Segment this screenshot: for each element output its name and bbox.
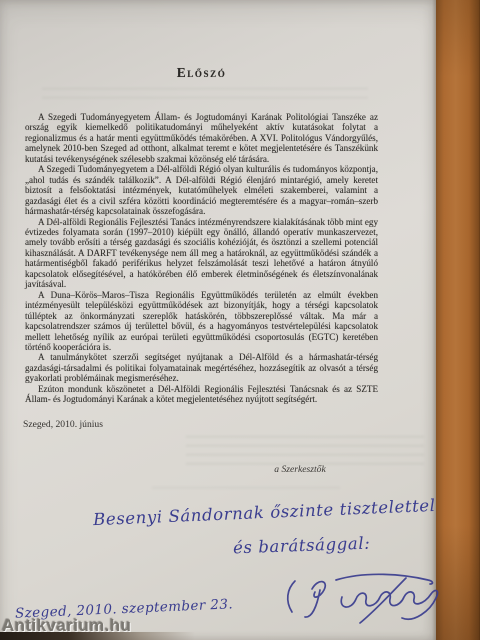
preface-paragraph: A tanulmánykötet szerzői segítséget nyúj…	[25, 352, 378, 383]
bleed-through-text	[186, 436, 424, 466]
bleed-through-text	[152, 487, 340, 496]
preface-paragraph: A Szegedi Tudományegyetem Állam- és Jogt…	[25, 112, 378, 164]
bleed-through-text	[42, 88, 368, 102]
preface-paragraph: A Szegedi Tudományegyetem a Dél-alföldi …	[25, 164, 378, 216]
signature-scribble	[282, 567, 447, 625]
preface-paragraph: Ezúton mondunk köszönetet a Dél-Alföldi …	[25, 384, 378, 405]
dateline: Szeged, 2010. június	[23, 419, 103, 430]
preface-body: A Szegedi Tudományegyetem Állam- és Jogt…	[25, 112, 378, 405]
editors-signoff: a Szerkesztők	[248, 464, 352, 475]
preface-paragraph: A Duna–Körös–Maros–Tisza Regionális Együ…	[25, 290, 378, 353]
preface-paragraph: A Dél-alföldi Regionális Fejlesztési Tan…	[25, 217, 378, 290]
book-page-photo: Előszó A Szegedi Tudományegyetem Állam- …	[0, 0, 480, 640]
book-cover-edge	[436, 0, 480, 640]
page-title: Előszó	[25, 65, 378, 81]
